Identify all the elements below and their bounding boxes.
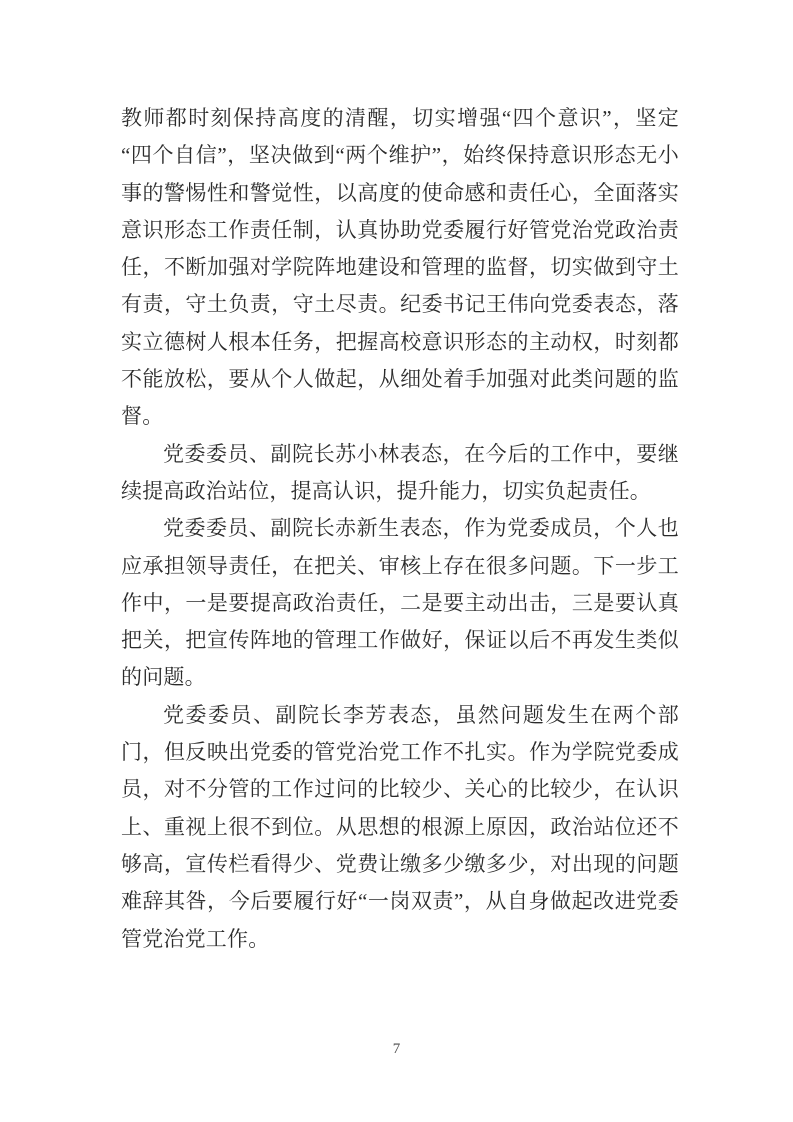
paragraph-continued: 教师都时刻保持高度的清醒，切实增强“四个意识”，坚定“四个自信”，坚决做到“两个… bbox=[121, 100, 679, 436]
paragraph: 党委委员、副院长苏小林表态，在今后的工作中，要继续提高政治站位，提高认识，提升能… bbox=[121, 436, 679, 511]
document-page: 教师都时刻保持高度的清醒，切实增强“四个意识”，坚定“四个自信”，坚决做到“两个… bbox=[0, 0, 793, 1122]
page-body-text: 教师都时刻保持高度的清醒，切实增强“四个意识”，坚定“四个自信”，坚决做到“两个… bbox=[121, 100, 679, 958]
paragraph: 党委委员、副院长赤新生表态，作为党委成员，个人也应承担领导责任，在把关、审核上存… bbox=[121, 510, 679, 696]
paragraph: 党委委员、副院长李芳表态，虽然问题发生在两个部门，但反映出党委的管党治党工作不扎… bbox=[121, 697, 679, 958]
page-number: 7 bbox=[0, 1040, 793, 1058]
